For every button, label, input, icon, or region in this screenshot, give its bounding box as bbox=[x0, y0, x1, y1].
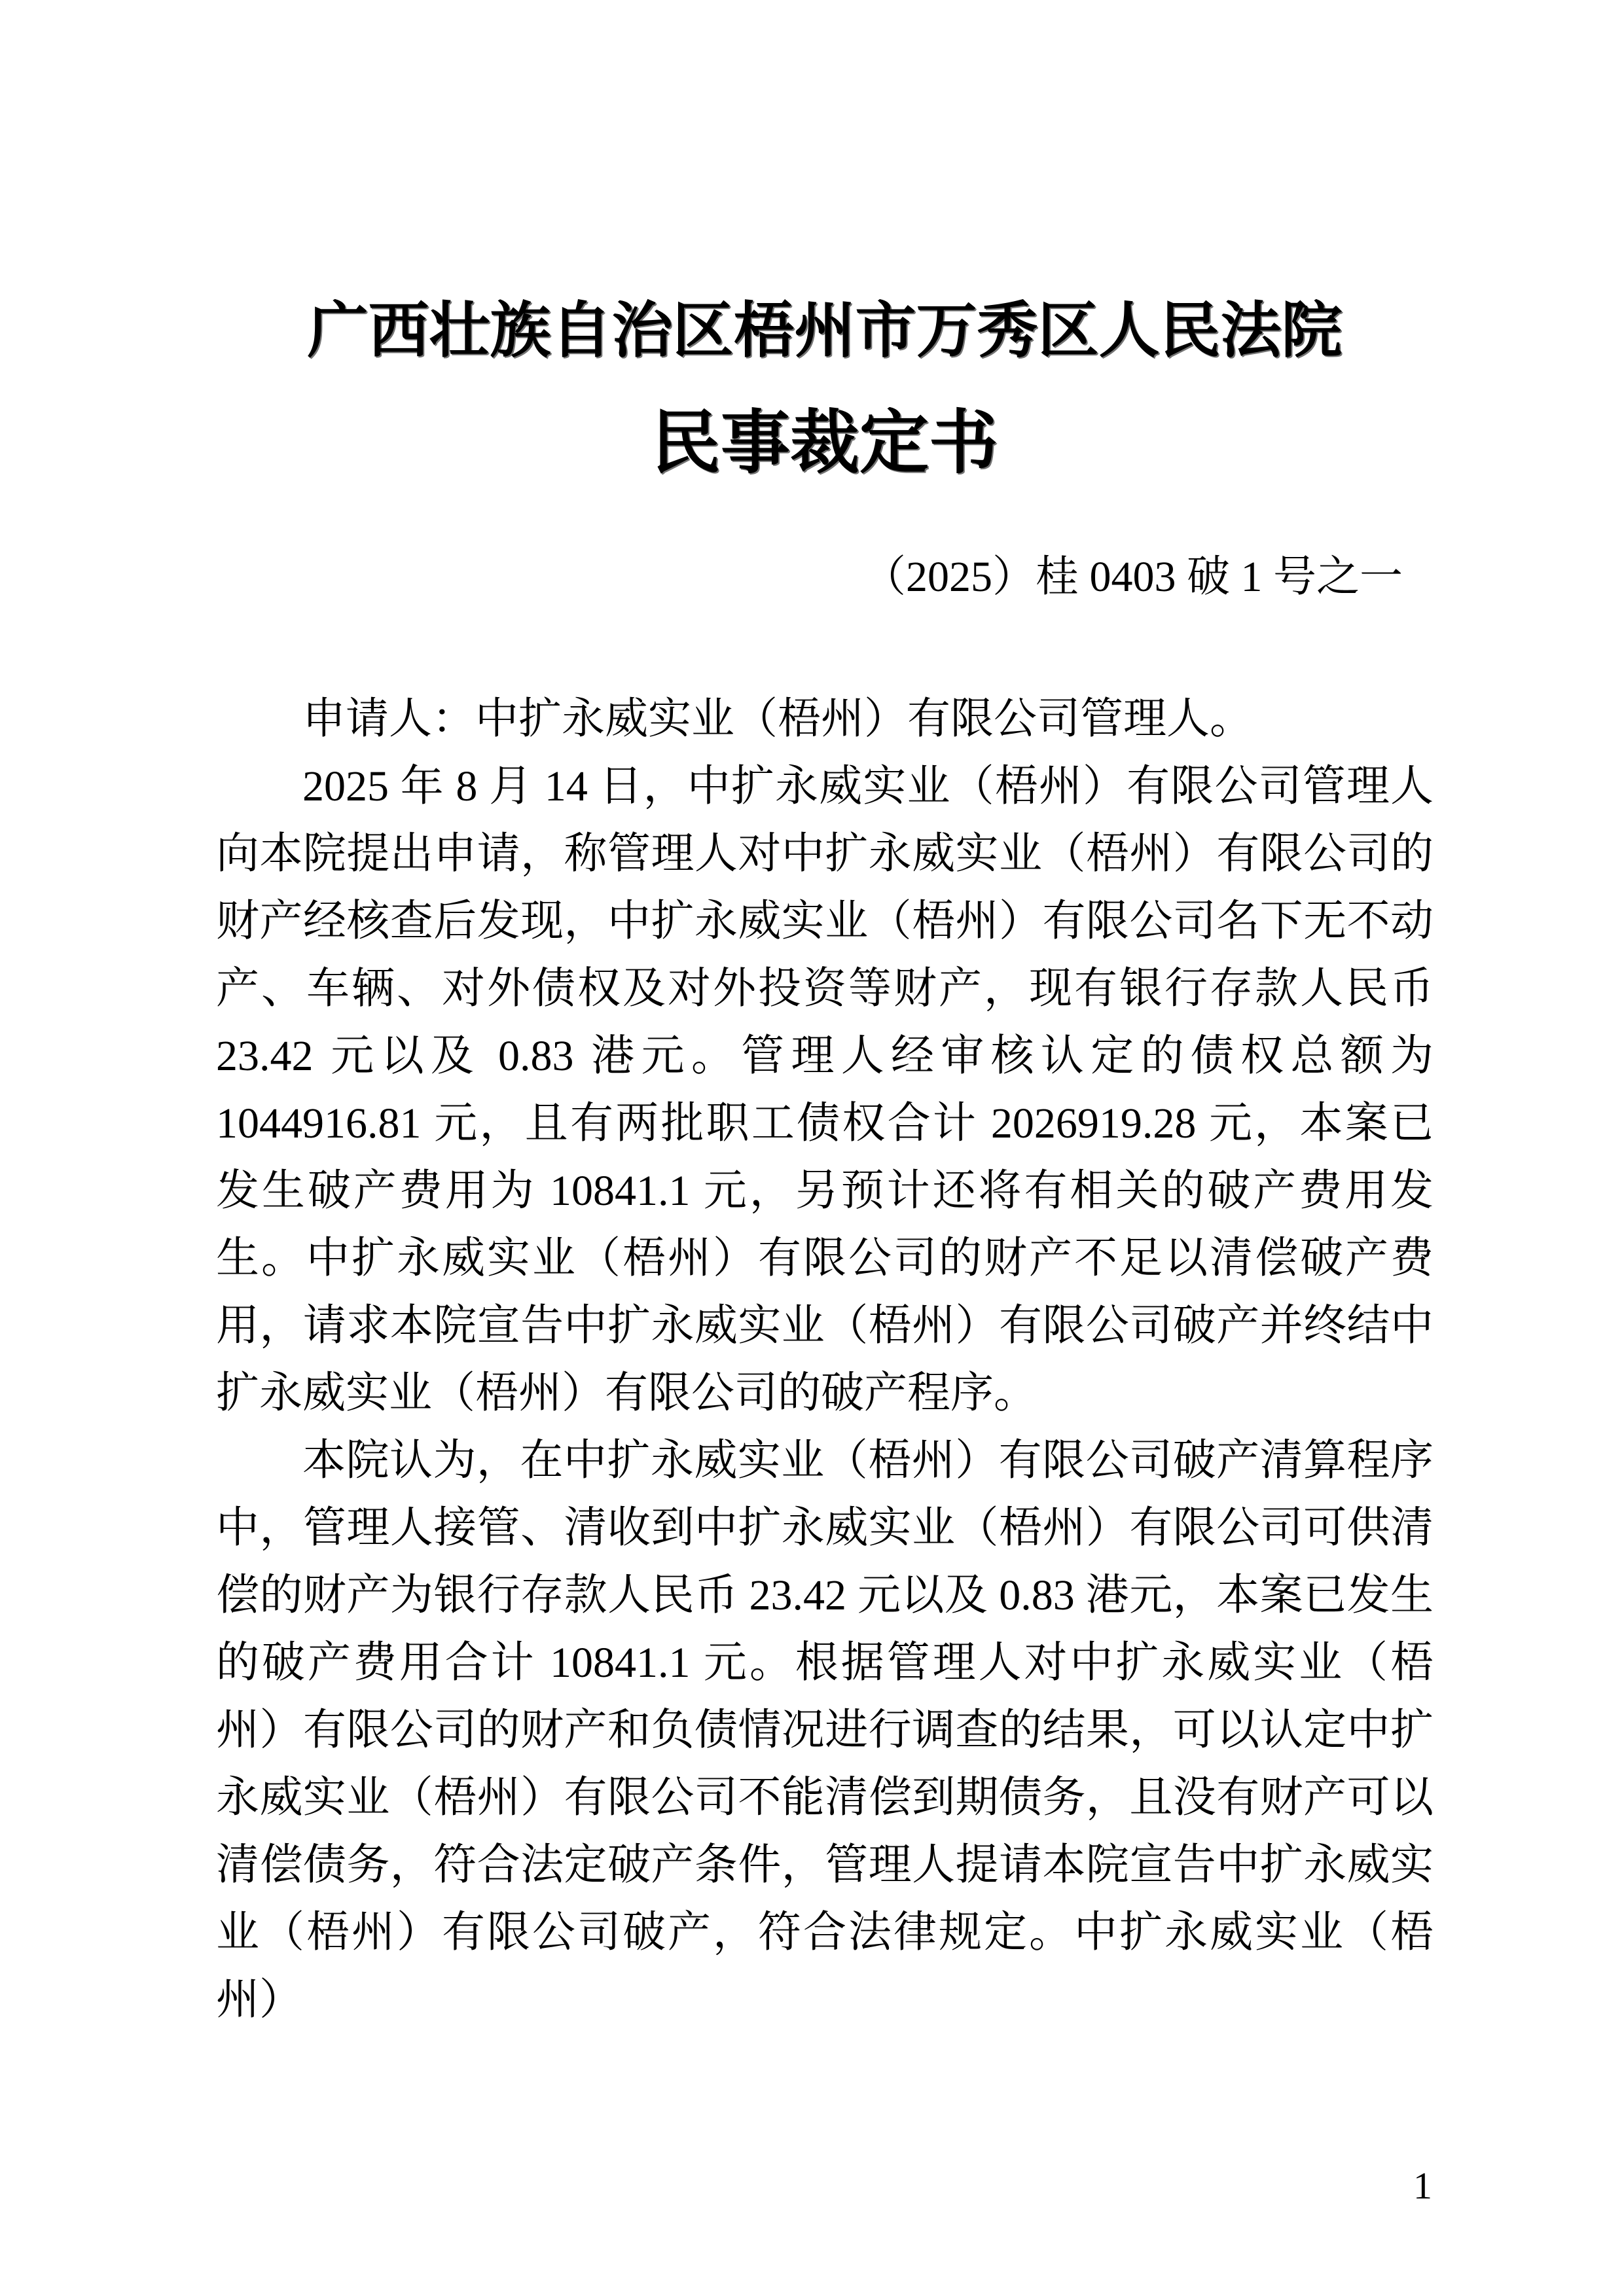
paragraph-court-opinion: 本院认为，在中扩永威实业（梧州）有限公司破产清算程序中，管理人接管、清收到中扩永… bbox=[216, 1427, 1434, 2034]
document-type-heading: 民事裁定书 bbox=[216, 405, 1434, 482]
paragraph-application-facts: 2025 年 8 月 14 日，中扩永威实业（梧州）有限公司管理人向本院提出申请… bbox=[216, 753, 1434, 1427]
paragraph-applicant: 申请人：中扩永威实业（梧州）有限公司管理人。 bbox=[216, 685, 1434, 753]
title-block: 广西壮族自治区梧州市万秀区人民法院 民事裁定书 bbox=[216, 0, 1434, 482]
ruling-body: 申请人：中扩永威实业（梧州）有限公司管理人。 2025 年 8 月 14 日，中… bbox=[216, 685, 1434, 2034]
document-page: 广西壮族自治区梧州市万秀区人民法院 民事裁定书 （2025）桂 0403 破 1… bbox=[0, 0, 1624, 2296]
case-number: （2025）桂 0403 破 1 号之一 bbox=[216, 551, 1403, 603]
court-name-heading: 广西壮族自治区梧州市万秀区人民法院 bbox=[216, 296, 1434, 366]
page-number: 1 bbox=[1413, 2165, 1432, 2207]
